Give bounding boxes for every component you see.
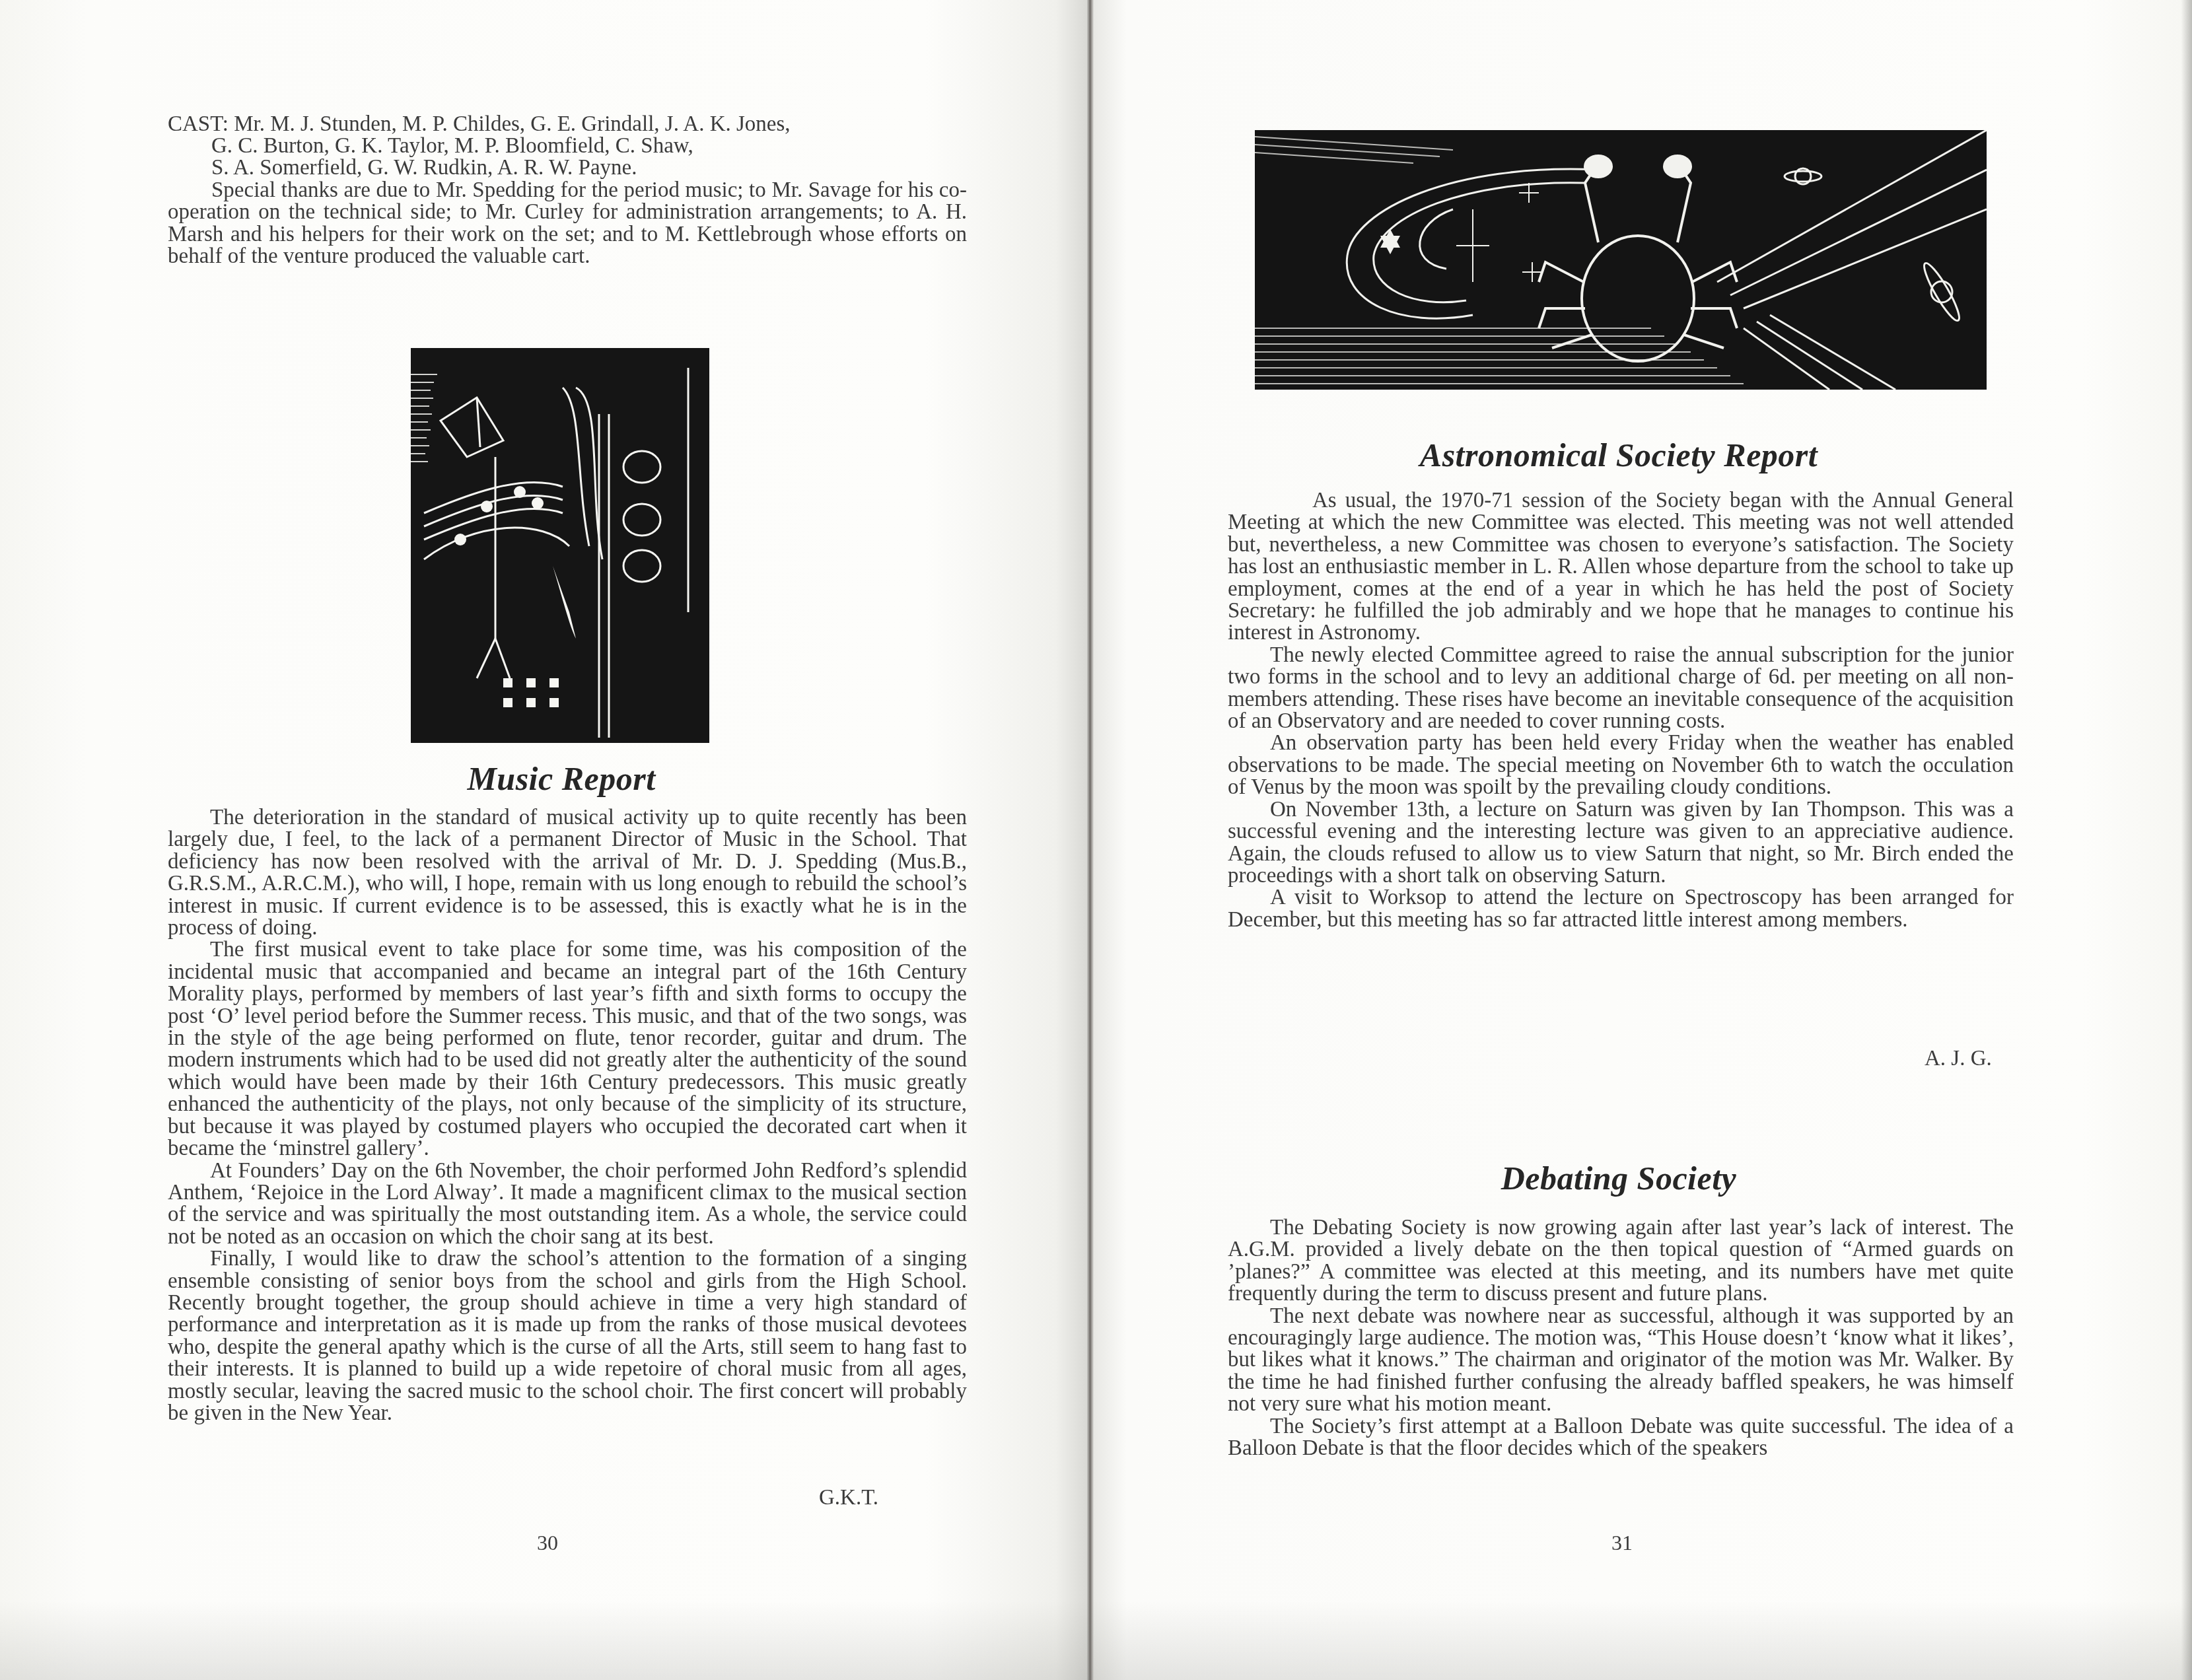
music-report-title: Music Report xyxy=(409,759,713,798)
paragraph: The newly elected Committee agreed to ra… xyxy=(1228,645,2014,733)
paragraph: The Society’s first attempt at a Balloon… xyxy=(1228,1416,2014,1460)
paragraph: As usual, the 1970-71 session of the Soc… xyxy=(1228,490,2014,645)
paragraph: The deterioration in the standard of mus… xyxy=(168,807,967,939)
music-report-signature: G.K.T. xyxy=(819,1486,878,1510)
astronomical-report-body: As usual, the 1970-71 session of the Soc… xyxy=(1228,490,2014,931)
page-number-right: 31 xyxy=(1611,1531,1633,1555)
right-page: Astronomical Society Report As usual, th… xyxy=(1094,0,2192,1680)
music-instruments-woodcut-icon xyxy=(411,348,709,743)
music-report-body: The deterioration in the standard of mus… xyxy=(168,807,967,1424)
astronomical-report-signature: A. J. G. xyxy=(1925,1047,1992,1071)
book-gutter xyxy=(1087,0,1094,1680)
paragraph: Finally, I would like to draw the school… xyxy=(168,1248,967,1424)
paragraph: On November 13th, a lecture on Saturn wa… xyxy=(1228,799,2014,888)
cast-line: G. C. Burton, G. K. Taylor, M. P. Bloomf… xyxy=(168,135,967,157)
paragraph: The first musical event to take place fo… xyxy=(168,939,967,1160)
astronomical-report-title: Astronomical Society Report xyxy=(1252,436,1985,474)
cancer-crab-zodiac-woodcut-icon xyxy=(1255,130,1987,390)
debating-society-body: The Debating Society is now growing agai… xyxy=(1228,1217,2014,1459)
paragraph: At Founders’ Day on the 6th November, th… xyxy=(168,1160,967,1249)
paragraph: A visit to Worksop to attend the lecture… xyxy=(1228,887,2014,931)
paragraph: The Debating Society is now growing agai… xyxy=(1228,1217,2014,1306)
cast-line: S. A. Somerfield, G. W. Rudkin, A. R. W.… xyxy=(168,157,967,179)
booklet-spread: CAST: Mr. M. J. Stunden, M. P. Childes, … xyxy=(0,0,2192,1680)
special-thanks: Special thanks are due to Mr. Spedding f… xyxy=(168,180,967,268)
page-bottom-shadow xyxy=(0,1601,2192,1680)
cast-list: CAST: Mr. M. J. Stunden, M. P. Childes, … xyxy=(168,114,967,179)
paragraph: An observation party has been held every… xyxy=(1228,732,2014,798)
paragraph: The next debate was nowhere near as succ… xyxy=(1228,1306,2014,1416)
page-number-left: 30 xyxy=(537,1531,558,1555)
cast-line: CAST: Mr. M. J. Stunden, M. P. Childes, … xyxy=(168,114,967,135)
left-page: CAST: Mr. M. J. Stunden, M. P. Childes, … xyxy=(0,0,1088,1680)
thanks-paragraph: Special thanks are due to Mr. Spedding f… xyxy=(168,180,967,268)
debating-society-title: Debating Society xyxy=(1252,1159,1985,1197)
